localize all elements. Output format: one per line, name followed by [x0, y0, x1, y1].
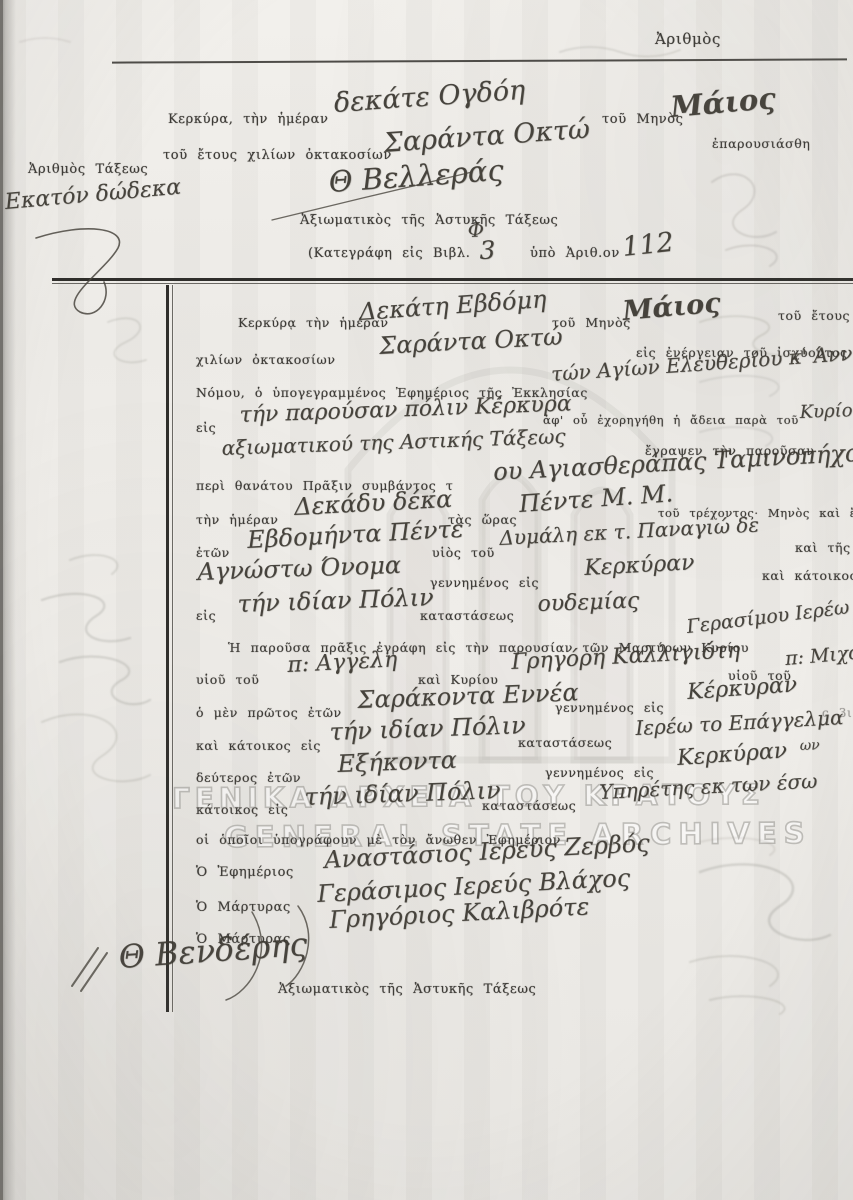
header-year-value: Σαράντα Οκτώ: [383, 114, 591, 159]
body-status-label-2: καταστάσεως: [518, 735, 612, 750]
body-residence-value: τήν ιδίαν Πόλιν: [237, 583, 434, 618]
header-day-value: δεκάτε Ογδόη: [333, 75, 526, 119]
register-label: (Κατεγράφη εἰς Βιβλ.: [308, 246, 471, 261]
bleed-ink-left-3: [42, 555, 150, 781]
register-number-value: 112: [621, 227, 676, 263]
body-permission-label: ἀφ' οὗ ἐχορηγήθη ἡ ἄδεια παρὰ τοῦ: [543, 413, 799, 427]
top-rule: [112, 58, 847, 63]
register-under-number-label: ὑπὸ Ἀριθ.ον: [530, 246, 620, 261]
header-year-label: τοῦ ἔτους χιλίων ὀκτακοσίων: [163, 148, 392, 163]
body-permission-value: Κυρίου: [799, 400, 853, 423]
body-first-age-value: Σαράκοντα Εννέα: [357, 678, 579, 714]
body-son-of-label: υἱὸς τοῦ: [432, 545, 495, 560]
body-first-residence-value: τήν ιδίαν Πόλιν: [329, 711, 526, 746]
body-at-label: εἰς: [196, 420, 216, 435]
bleed-ink-left-2: [42, 594, 150, 704]
scan-left-edge-line: [0, 0, 3, 1200]
body-son-of-label-2: υἱοῦ τοῦ: [196, 672, 259, 687]
body-first-age-label: ὁ μὲν πρῶτος ἐτῶν: [196, 705, 342, 720]
body-year-label: χιλίων ὀκτακοσίων: [196, 352, 336, 367]
page-number-label: Ἀριθμὸς: [655, 30, 721, 48]
bleed-ink-top-right: [560, 47, 680, 57]
body-resident-label: καὶ κάτοικος: [762, 568, 853, 583]
body-year-intro-label: τοῦ ἔτους: [778, 308, 850, 323]
body-at-label-2: εἰς: [196, 608, 216, 623]
body-second-age-value: Εξήκοντα: [337, 746, 457, 778]
body-second-birthplace-suffix: ων: [799, 737, 819, 754]
body-second-birthplace-value: Κερκύραν: [676, 738, 788, 771]
section-divider-rule: [52, 278, 853, 281]
body-born-label-2: γεννημένος εἰς: [555, 700, 664, 715]
bleed-ink-bottom-right-1: [700, 864, 830, 940]
body-month-label: τοῦ Μηνὸς: [552, 315, 631, 330]
body-first-birthplace-value: Κέρκυραν: [686, 672, 798, 705]
body-first-status-value: Ιερέω το Επάγγελμα: [635, 705, 844, 740]
body-witness1-value: Γερασίμου Ιερέω Βλάχου: [685, 587, 853, 638]
body-mother-value: Αγνώστω Όνομα: [197, 551, 401, 586]
priest-label: Ὁ Ἐφημέριος: [196, 865, 294, 880]
double-slash-mark: [72, 948, 107, 991]
body-second-age-label: δεύτερος ἐτῶν: [196, 770, 301, 785]
body-resident-label-3: κάτοικος εἰς: [196, 802, 289, 817]
body-hours-value: Πέντε Μ. Μ.: [518, 479, 674, 518]
header-place-day-label: Κερκύρα, τὴν ἡμέραν: [168, 112, 329, 127]
bleed-ink-header-right: [712, 174, 777, 266]
body-resident-label-2: καὶ κάτοικος εἰς: [196, 738, 321, 753]
column-rule-2: [172, 285, 173, 1012]
body-born-label: γεννημένος εἰς: [430, 575, 539, 590]
officer-title: Ἀξιωματικὸς τῆς Ἀστυκῆς Τάξεως: [300, 213, 558, 228]
body-and-of-label: καὶ τῆς: [795, 540, 851, 555]
body-day-value: Δεκάτη Εβδόμη: [358, 285, 547, 326]
order-number-value: Εκατόν δώδεκα: [4, 175, 182, 215]
body-witness2-father-value: π: Μιχαήλ: [784, 639, 853, 670]
officer-signature-bottom: Θ Βενδέρης: [117, 925, 308, 976]
bleed-ink-right-2: [700, 376, 779, 446]
bleed-ink-left-1: [108, 318, 146, 362]
body-month-value: Μάιος: [621, 288, 722, 327]
body-father-value: Δυμάλη εκ τ. Παναγιώ δε: [499, 512, 760, 550]
body-year-value: Σαράντα Οκτώ: [379, 322, 564, 360]
body-status-label-3: καταστάσεως: [482, 798, 576, 813]
column-rule: [166, 285, 169, 1012]
order-number-label: Ἀριθμὸς Τάξεως: [28, 162, 148, 177]
order-number-flourish: [36, 229, 119, 314]
scanned-death-record-page: ΓΕΝΙΚΑ ΑΡΧΕΙΑ ΤΟΥ ΚΡΑΤΟΥΣ GENERAL STATE …: [0, 0, 853, 1200]
witness1-label: Ὁ Μάρτυρας: [196, 900, 291, 915]
body-witness1-father-value: π: Αγγελη: [287, 647, 398, 678]
register-book-value: 3: [479, 235, 496, 265]
body-birthplace-value: Κερκύραν: [584, 550, 695, 581]
body-officer-value: αξιωματικού της Αστικής Τάξεως: [221, 424, 566, 460]
bleed-ink-bottom-right-2: [690, 956, 785, 1014]
bleed-ink-top-left: [20, 38, 70, 42]
officer-title-bottom: Ἀξιωματικὸς τῆς Ἀστυκῆς Τάξεως: [278, 982, 536, 997]
body-status-value: ουδεμίας: [537, 588, 640, 617]
body-status-label: καταστάσεως: [420, 608, 514, 623]
header-month-value: Μάιος: [669, 81, 777, 124]
section-divider-rule-2: [52, 283, 853, 284]
presented-note: ἐπαρουσιάσθη: [712, 136, 810, 151]
